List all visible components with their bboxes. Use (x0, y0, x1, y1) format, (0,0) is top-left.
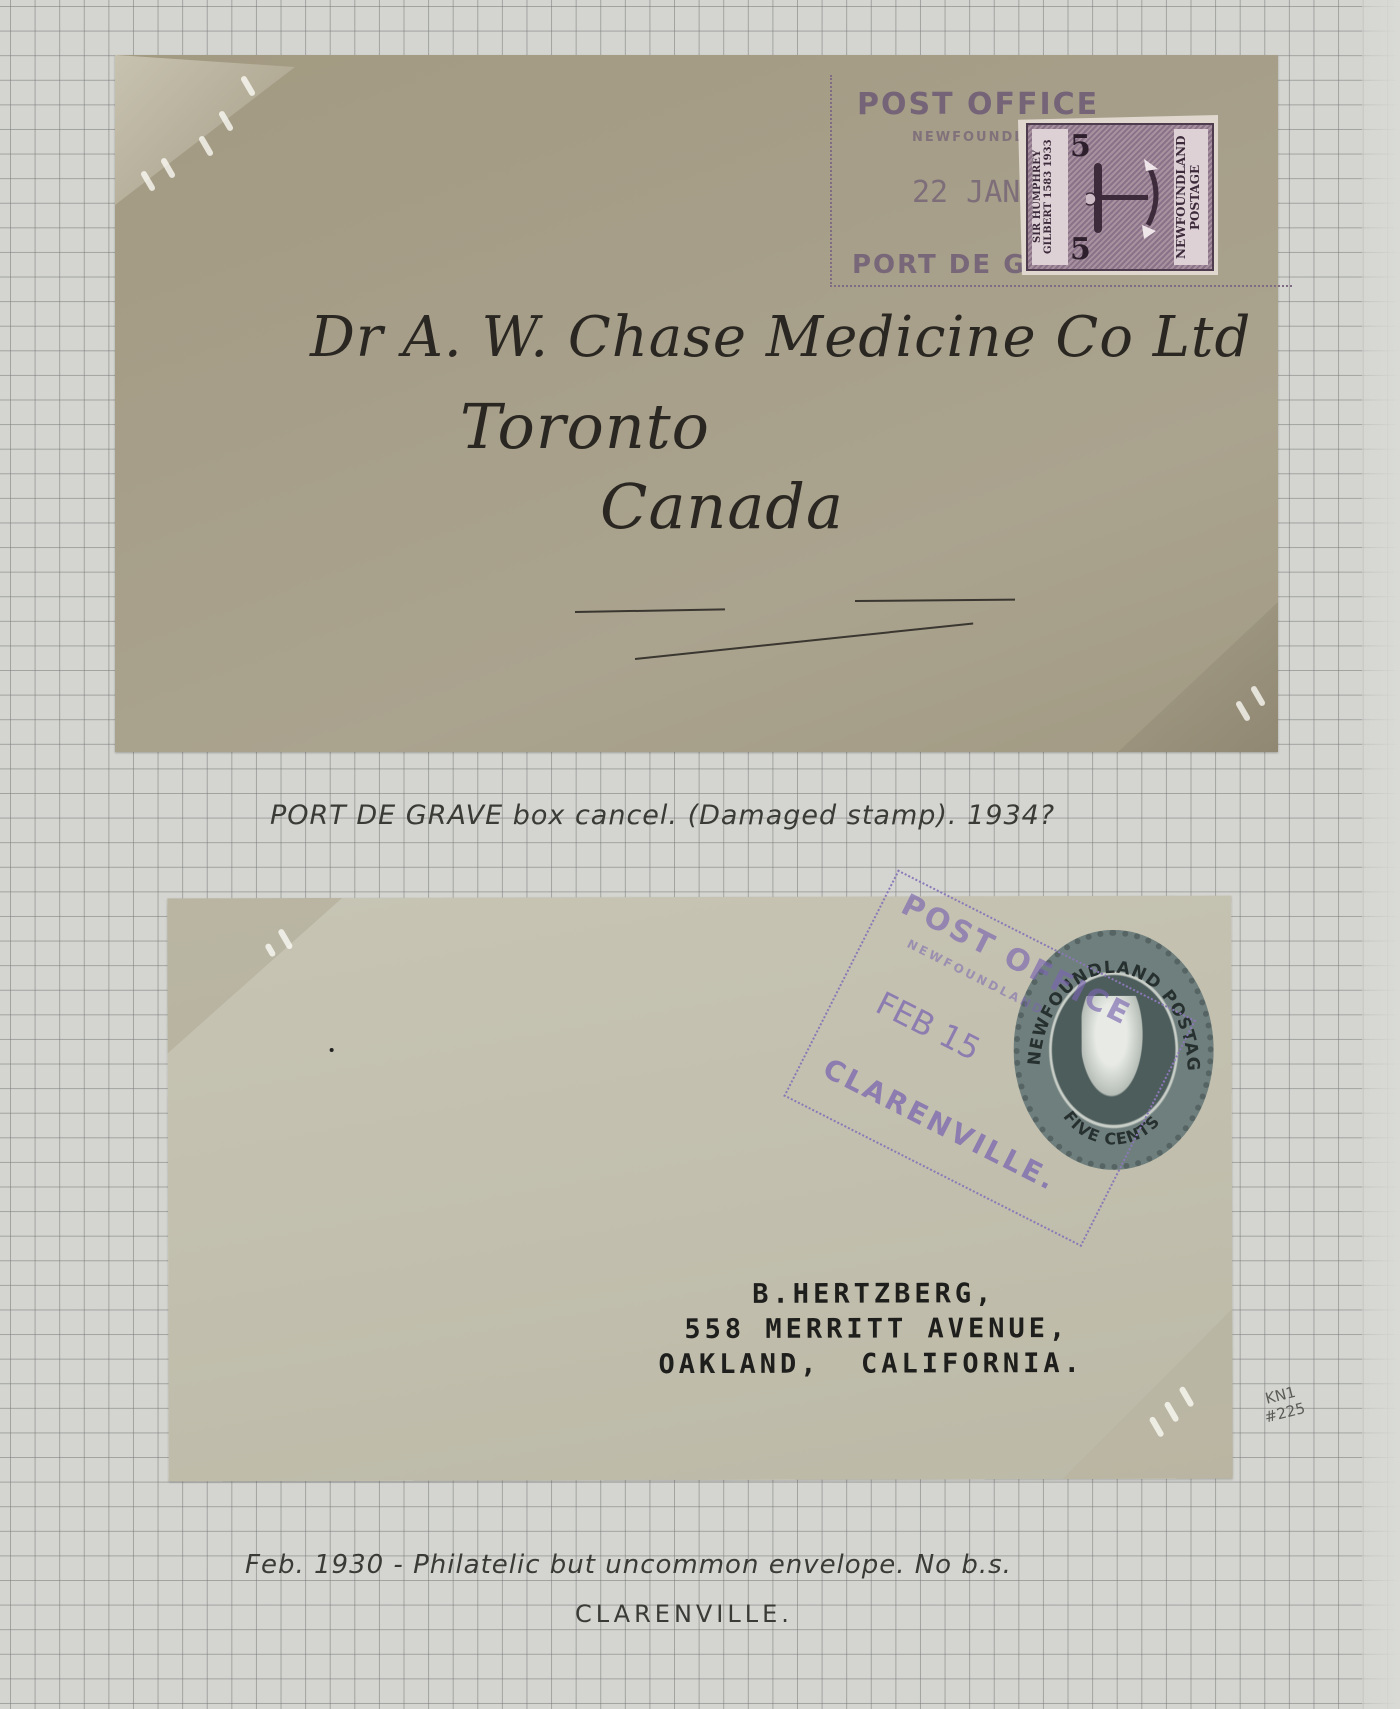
caption-cover-1: PORT DE GRAVE box cancel. (Damaged stamp… (270, 800, 1055, 831)
cover-1-envelope: POST OFFICE NEWFOUNDLAND 22 JAN PORT DE … (115, 55, 1278, 752)
underline-scribble (575, 608, 725, 613)
stamp-gilbert-5c: SIR HUMPHREY GILBERT 1583 1933 NEWFOUNDL… (1018, 115, 1218, 275)
caption-cover-2-line-2: CLARENVILLE. (575, 1600, 793, 1628)
ink-dot (330, 1048, 334, 1052)
underline-scribble (635, 622, 973, 659)
typed-address-line-2: 558 MERRITT AVENUE, (684, 1313, 1069, 1345)
cancel-title: POST OFFICE (857, 87, 1099, 122)
stamp-right-text: NEWFOUNDLAND POSTAGE (1174, 129, 1208, 265)
underline-scribble (855, 599, 1015, 602)
cover-2-envelope: NEWFOUNDLAND POSTAGE FIVE CENTS POST OFF… (167, 896, 1233, 1482)
typed-address-line-3: OAKLAND, CALIFORNIA. (658, 1348, 1083, 1380)
photo-corner-mount (1062, 1309, 1232, 1479)
address-line-1: Dr A. W. Chase Medicine Co Ltd (310, 305, 1251, 370)
cancel-date: FEB 15 (870, 984, 987, 1068)
typed-address-line-1: B.HERTZBERG, (752, 1278, 995, 1310)
cancel-date: 22 JAN (912, 175, 1020, 210)
address-line-2: Toronto (460, 390, 710, 463)
sleeve-glare (198, 135, 214, 157)
stamp-left-text: SIR HUMPHREY GILBERT 1583 1933 (1032, 129, 1068, 265)
box-cancel-clarenville: POST OFFICE NEWFOUNDLAND FEB 15 CLARENVI… (783, 870, 1196, 1247)
caption-cover-2-line-1: Feb. 1930 - Philatelic but uncommon enve… (245, 1550, 1012, 1580)
anchor-icon (1086, 155, 1166, 245)
margin-note: KN1 #225 (1258, 1382, 1307, 1427)
address-line-3: Canada (600, 470, 844, 543)
photo-corner-mount (115, 55, 295, 205)
cancel-place: CLARENVILLE. (818, 1052, 1063, 1198)
page-edge (1362, 0, 1400, 1709)
photo-corner-mount (1118, 602, 1278, 752)
photo-corner-mount (167, 898, 342, 1053)
